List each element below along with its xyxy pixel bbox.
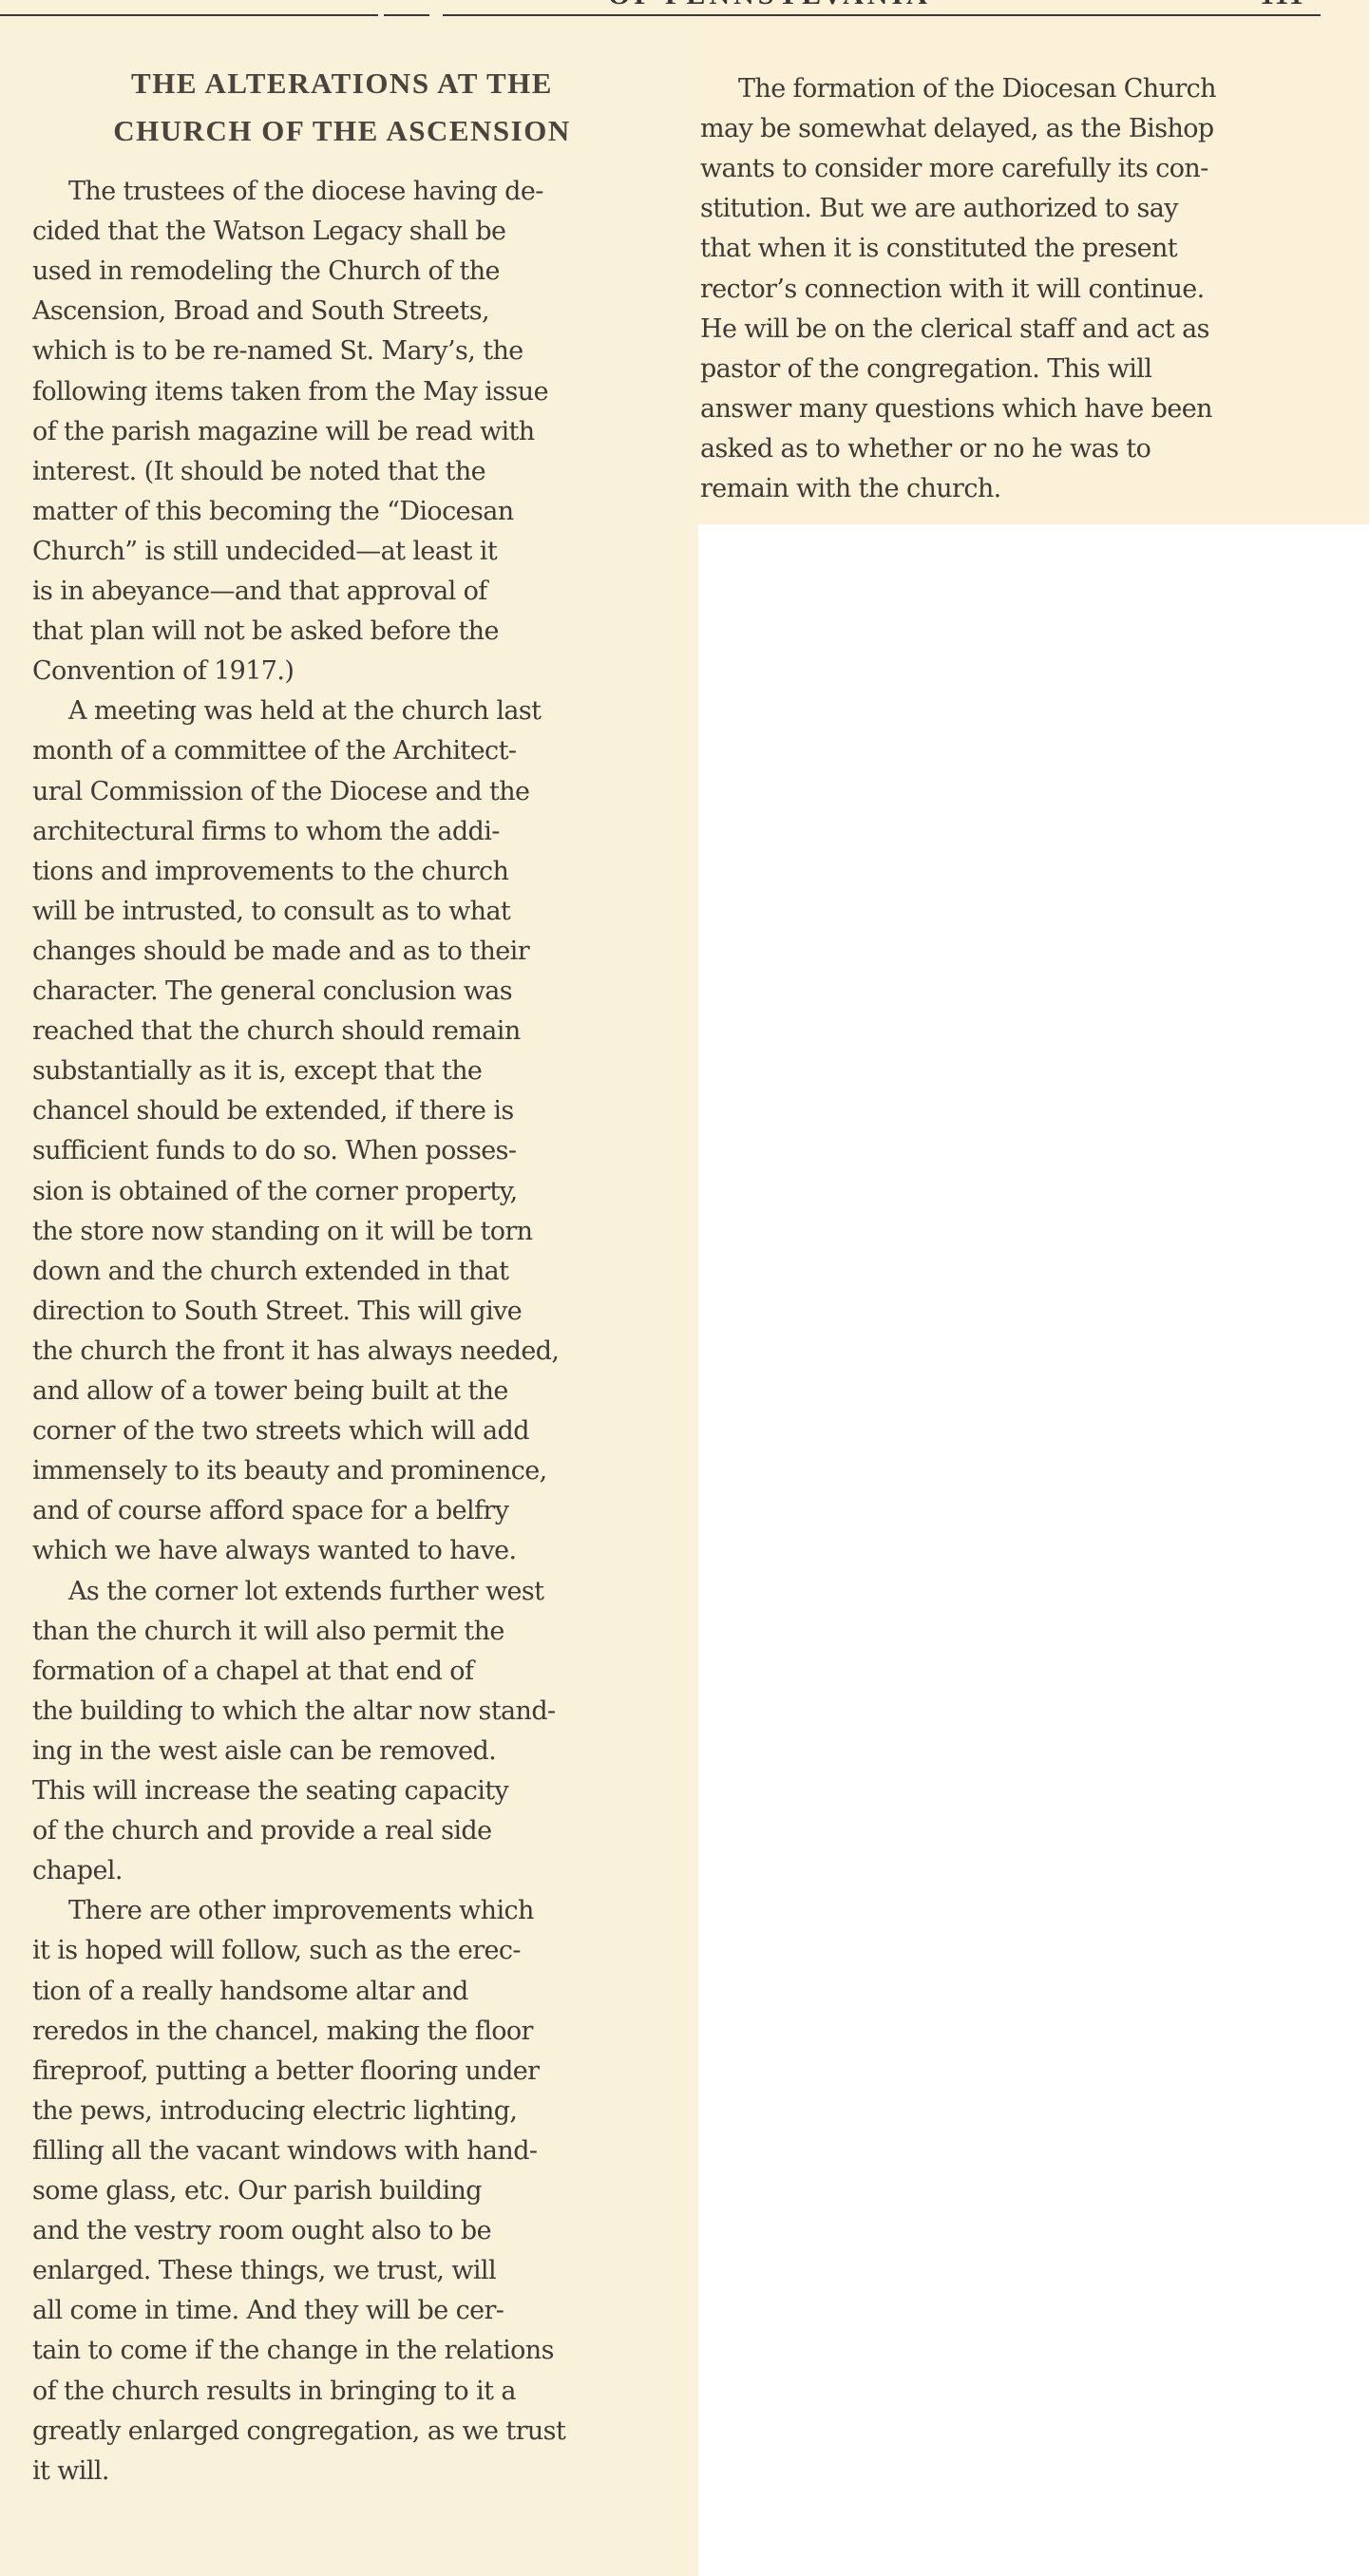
text-line: the building to which the altar now stan… [32,1695,652,1728]
text-line: corner of the two streets which will add [32,1415,652,1448]
header-rule-gap [378,12,384,18]
text-line: immensely to its beauty and prominence, [32,1455,652,1487]
heading-line-1: THE ALTERATIONS AT THE [29,61,656,106]
text-line: Ascension, Broad and South Streets, [32,295,652,328]
text-line: that plan will not be asked before the [32,616,652,648]
text-line: architectural firms to whom the addi- [32,816,652,848]
text-line: answer many questions which have been [700,393,1319,426]
text-line: of the church and provide a real side [32,1815,652,1847]
text-line: will be intrusted, to consult as to what [32,896,652,928]
text-line: it will. [32,2455,652,2488]
text-line: following items taken from the May issue [32,376,652,408]
text-line: used in remodeling the Church of the [32,256,652,288]
text-line: cided that the Watson Legacy shall be [32,216,652,248]
text-line: all come in time. And they will be cer- [32,2295,652,2327]
text-line: formation of a chapel at that end of [32,1656,652,1688]
text-line: filling all the vacant windows with hand… [32,2135,652,2168]
text-line: the church the front it has always neede… [32,1335,652,1368]
text-line: ing in the west aisle can be removed. [32,1735,652,1768]
text-line: The formation of the Diocesan Church [738,73,1319,105]
text-line: A meeting was held at the church last [68,695,652,728]
text-line: sufficient funds to do so. When posses- [32,1135,652,1167]
text-line: reredos in the chancel, making the floor [32,2016,652,2048]
page-number: 111 [1260,0,1305,8]
text-line: This will increase the seating capacity [32,1775,652,1808]
header-rule [0,14,1321,16]
text-line: of the parish magazine will be read with [32,416,652,448]
text-line: tain to come if the change in the relati… [32,2335,652,2367]
text-line: tion of a really handsome altar and [32,1976,652,2008]
text-line: direction to South Street. This will giv… [32,1296,652,1328]
text-line: month of a committee of the Architect- [32,735,652,767]
text-line: the store now standing on it will be tor… [32,1216,652,1248]
text-line: chapel. [32,1855,652,1887]
text-line: and allow of a tower being built at the [32,1375,652,1408]
text-line: chancel should be extended, if there is [32,1095,652,1127]
text-line: wants to consider more carefully its con… [700,153,1319,185]
text-line: and of course afford space for a belfry [32,1495,652,1527]
text-line: changes should be made and as to their [32,936,652,968]
text-line: that when it is constituted the present [700,233,1319,265]
header-rule-gap [429,12,443,18]
text-line: than the church it will also permit the [32,1616,652,1648]
text-line: He will be on the clerical staff and act… [700,313,1319,346]
text-line: ural Commission of the Diocese and the [32,776,652,808]
text-line: remain with the church. [700,473,1319,505]
text-line: asked as to whether or no he was to [700,433,1319,465]
text-line: substantially as it is, except that the [32,1055,652,1088]
text-line: Convention of 1917.) [32,655,652,688]
text-line: Church” is still undecided—at least it [32,536,652,568]
text-line: enlarged. These things, we trust, will [32,2255,652,2287]
text-line: There are other improvements which [68,1895,652,1927]
text-line: The trustees of the diocese having de- [68,176,652,208]
text-line: is in abeyance—and that approval of [32,576,652,608]
text-line: greatly enlarged congregation, as we tru… [32,2415,652,2448]
text-line: matter of this becoming the “Diocesan [32,496,652,528]
text-line: character. The general conclusion was [32,975,652,1008]
running-head-title: OF PENNSYLVANIA [608,0,931,8]
text-line: which is to be re-named St. Mary’s, the [32,335,652,368]
text-line: down and the church extended in that [32,1256,652,1288]
text-line: may be somewhat delayed, as the Bishop [700,113,1319,145]
text-line: tions and improvements to the church [32,856,652,888]
text-line: sion is obtained of the corner property, [32,1176,652,1208]
text-line: As the corner lot extends further west [68,1576,652,1608]
text-line: reached that the church should remain [32,1015,652,1048]
text-line: fireproof, putting a better flooring und… [32,2055,652,2088]
text-line: and the vestry room ought also to be [32,2215,652,2247]
text-line: pastor of the congregation. This will [700,353,1319,386]
heading-line-2: CHURCH OF THE ASCENSION [29,108,656,154]
text-line: which we have always wanted to have. [32,1535,652,1567]
text-line: it is hoped will follow, such as the ere… [32,1935,652,1967]
text-line: rector’s connection with it will continu… [700,274,1319,306]
text-line: some glass, etc. Our parish building [32,2175,652,2207]
text-line: interest. (It should be noted that the [32,456,652,488]
text-line: of the church results in bringing to it … [32,2376,652,2408]
text-line: the pews, introducing electric lighting, [32,2095,652,2128]
text-line: stitution. But we are authorized to say [700,193,1319,225]
